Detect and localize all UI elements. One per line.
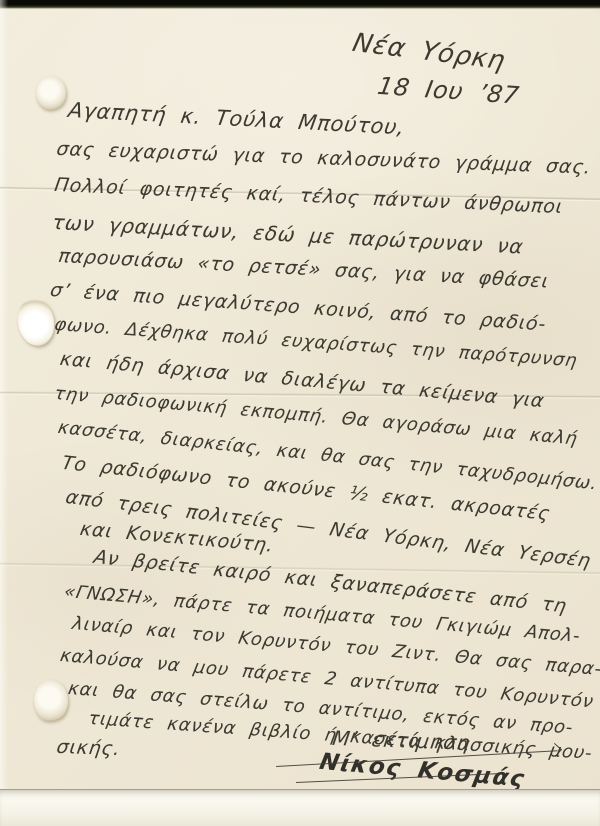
paper-hole-bottom: [34, 680, 68, 722]
closing-line: Μ’ εκτίμηση: [331, 728, 472, 753]
scanner-edge-band: [0, 0, 600, 9]
backing-sheet-strip: [0, 789, 600, 826]
body-line: σικής.: [55, 738, 121, 759]
page-left-edge-highlight: [0, 0, 8, 826]
paper-hole-top: [36, 76, 66, 110]
place-line: Νέα Υόρκη: [350, 30, 508, 74]
paper-hole-middle: [14, 295, 58, 349]
date-line: 18 Ιου ’87: [376, 74, 521, 108]
body-line: σας ευχαριστώ για το καλοσυνάτο γράμμα σ…: [55, 140, 592, 178]
scanned-letter-page: Νέα Υόρκη18 Ιου ’87Αγαπητή κ. Τούλα Μπού…: [0, 0, 600, 826]
salutation-line: Αγαπητή κ. Τούλα Μπούτου,: [67, 100, 407, 138]
body-line: Πολλοί φοιτητές καί, τέλος πάντων άνθρωπ…: [53, 176, 564, 217]
